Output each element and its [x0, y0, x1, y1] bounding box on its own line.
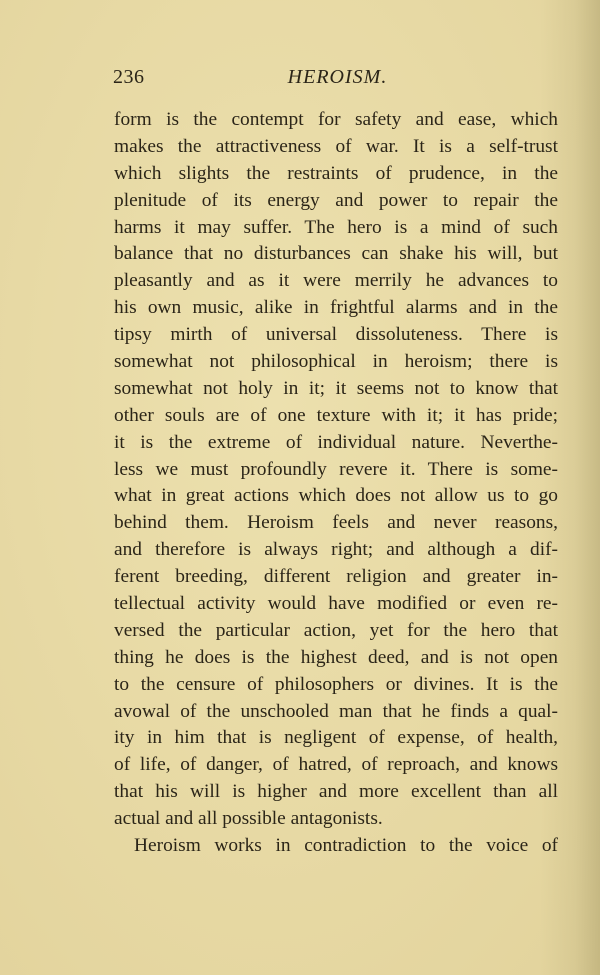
text-line: somewhat not holy in it; it seems not to…: [114, 376, 558, 403]
text-line: to the censure of philosophers or divine…: [114, 672, 558, 699]
text-line: somewhat not philosophical in heroism; t…: [114, 349, 558, 376]
text-line: avowal of the unschooled man that he fin…: [114, 699, 558, 726]
text-line-paragraph-start: Heroism works in contradiction to the vo…: [114, 833, 558, 860]
text-line-paragraph-end: actual and all possible antagonists.: [114, 806, 558, 833]
text-line: pleasantly and as it were merrily he adv…: [114, 268, 558, 295]
text-line: behind them. Heroism feels and never rea…: [114, 510, 558, 537]
text-line: his own music, alike in frightful alarms…: [114, 295, 558, 322]
text-line: makes the attractiveness of war. It is a…: [114, 134, 558, 161]
text-line: ferent breeding, different religion and …: [114, 564, 558, 591]
text-line: ity in him that is negligent of expense,…: [114, 725, 558, 752]
text-line: less we must profoundly revere it. There…: [114, 457, 558, 484]
text-line: it is the extreme of individual nature. …: [114, 430, 558, 457]
running-head: 236 HEROISM.: [113, 66, 558, 96]
text-line: what in great actions which does not all…: [114, 483, 558, 510]
text-line: plenitude of its energy and power to rep…: [114, 188, 558, 215]
book-page: 236 HEROISM. form is the contempt for sa…: [0, 0, 600, 975]
text-line: of life, of danger, of hatred, of reproa…: [114, 752, 558, 779]
text-line: thing he does is the highest deed, and i…: [114, 645, 558, 672]
text-line: harms it may suffer. The hero is a mind …: [114, 215, 558, 242]
text-line: other souls are of one texture with it; …: [114, 403, 558, 430]
body-text: form is the contempt for safety and ease…: [114, 107, 558, 860]
text-line: versed the particular action, yet for th…: [114, 618, 558, 645]
text-line: and therefore is always right; and altho…: [114, 537, 558, 564]
text-line: tipsy mirth of universal dissoluteness. …: [114, 322, 558, 349]
running-title: HEROISM.: [113, 66, 558, 89]
text-line: tellectual activity would have modified …: [114, 591, 558, 618]
text-line: form is the contempt for safety and ease…: [114, 107, 558, 134]
text-line: which slights the restraints of prudence…: [114, 161, 558, 188]
text-line: balance that no disturbances can shake h…: [114, 241, 558, 268]
text-line: that his will is higher and more excelle…: [114, 779, 558, 806]
